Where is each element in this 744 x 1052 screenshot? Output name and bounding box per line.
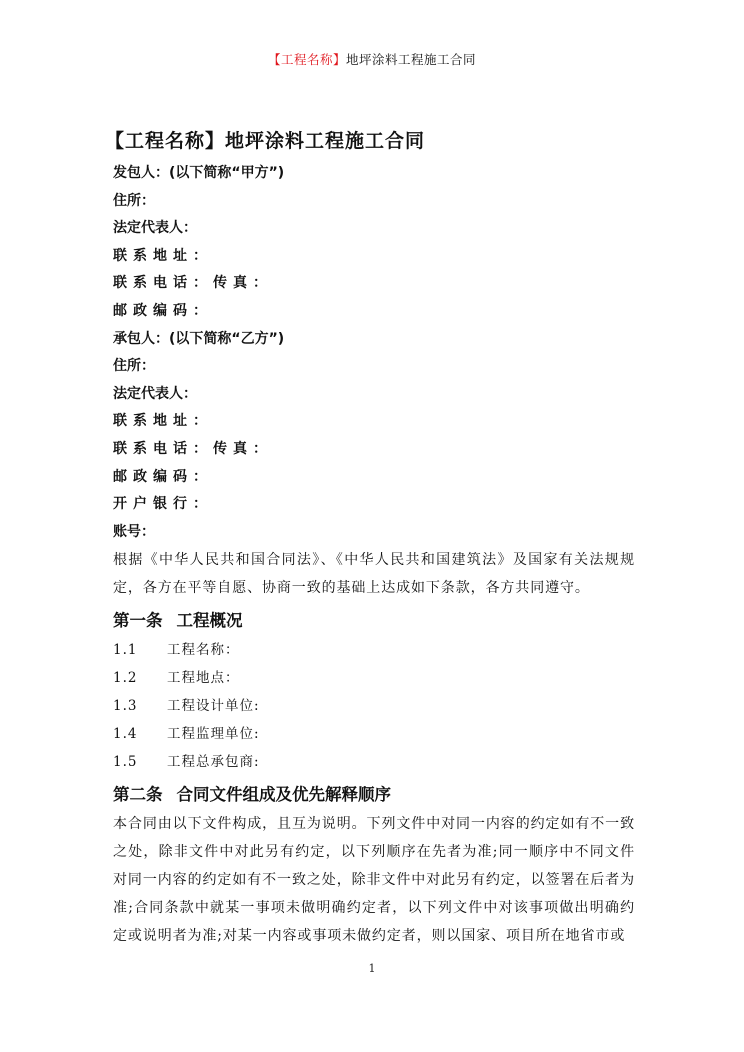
- item-number: 1.3: [113, 692, 167, 720]
- party-b-heading: 承包人：(以下简称“乙方”): [113, 326, 635, 354]
- party-a-legal-rep: 法定代表人：: [113, 215, 635, 243]
- section-2-heading: 第二条合同文件组成及优先解释顺序: [113, 780, 635, 810]
- section-2-title: 合同文件组成及优先解释顺序: [177, 785, 392, 804]
- page-header: 【工程名称】地坪涂料工程施工合同: [0, 52, 744, 68]
- party-b-phone-fax: 联系电话：传真：: [113, 436, 635, 464]
- preamble-paragraph: 根据《中华人民共和国合同法》、《中华人民共和国建筑法》及国家有关法规规定，各方在…: [113, 546, 635, 602]
- party-a-contact-address: 联系地址：: [113, 243, 635, 271]
- party-a-address: 住所：: [113, 188, 635, 216]
- section-1-heading: 第一条工程概况: [113, 606, 635, 636]
- item-number: 1.4: [113, 720, 167, 748]
- section-1-item: 1.4工程监理单位:: [113, 720, 635, 748]
- item-label: 工程监理单位:: [167, 726, 260, 742]
- item-label: 工程名称：: [167, 642, 240, 658]
- section-1-title: 工程概况: [177, 611, 243, 630]
- section-1-item: 1.3工程设计单位:: [113, 692, 635, 720]
- header-project-placeholder: 【工程名称】: [268, 52, 346, 67]
- party-b-address: 住所：: [113, 353, 635, 381]
- item-number: 1.5: [113, 748, 167, 776]
- document-body: 【工程名称】地坪涂料工程施工合同 发包人：(以下简称“甲方”) 住所： 法定代表…: [113, 126, 635, 950]
- item-number: 1.2: [113, 664, 167, 692]
- page-number: 1: [0, 962, 744, 976]
- header-title: 地坪涂料工程施工合同: [346, 52, 476, 67]
- party-a-phone-fax: 联系电话：传真：: [113, 270, 635, 298]
- party-b-legal-rep: 法定代表人：: [113, 381, 635, 409]
- section-2-body: 本合同由以下文件构成，且互为说明。下列文件中对同一内容的约定如有不一致之处，除非…: [113, 810, 635, 950]
- section-1-number: 第一条: [113, 611, 163, 630]
- party-b-contact-address: 联系地址：: [113, 408, 635, 436]
- item-label: 工程地点：: [167, 670, 240, 686]
- item-number: 1.1: [113, 636, 167, 664]
- section-2-number: 第二条: [113, 785, 163, 804]
- section-1-item: 1.1工程名称：: [113, 636, 635, 664]
- document-title: 【工程名称】地坪涂料工程施工合同: [105, 126, 635, 156]
- party-b-bank: 开户银行：: [113, 491, 635, 519]
- party-a-heading: 发包人：(以下简称“甲方”): [113, 160, 635, 188]
- section-1-item: 1.5工程总承包商:: [113, 748, 635, 776]
- party-a-postcode: 邮政编码：: [113, 298, 635, 326]
- party-b-postcode: 邮政编码：: [113, 464, 635, 492]
- section-1-item: 1.2工程地点：: [113, 664, 635, 692]
- item-label: 工程设计单位:: [167, 698, 260, 714]
- item-label: 工程总承包商:: [167, 754, 260, 770]
- party-b-account: 账号：: [113, 519, 635, 547]
